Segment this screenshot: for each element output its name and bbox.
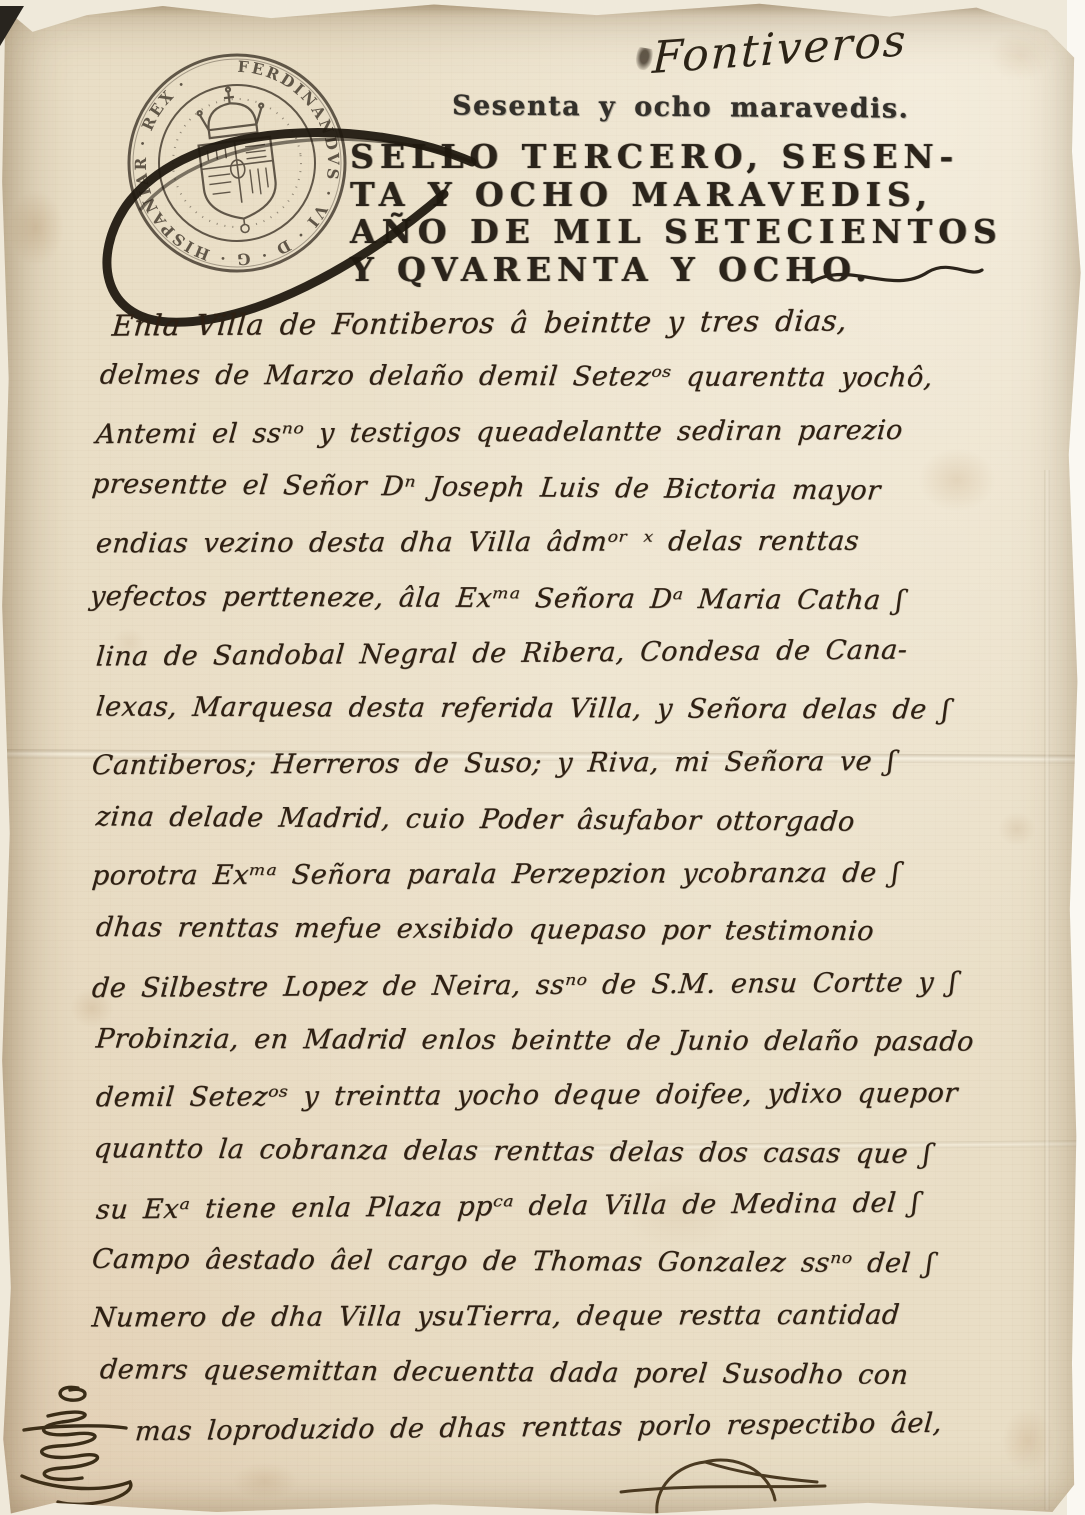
stain xyxy=(998,812,1036,846)
manuscript-line: su Exᵃ tiene enla Plaza ppᶜᵃ dela Villa … xyxy=(95,1187,921,1225)
manuscript-line: delmes de Marzo delaño demil Setezᵒˢ qua… xyxy=(99,360,935,394)
header-line: SELLO TERCERO, SESEN- xyxy=(350,138,1003,176)
ink-smudge xyxy=(634,47,654,71)
header-line: AÑO DE MIL SETECIENTOS xyxy=(350,213,1003,251)
stain xyxy=(1002,1408,1054,1474)
stain xyxy=(0,1190,320,1515)
manuscript-line: presentte el Señor Dⁿ Joseph Luis de Bic… xyxy=(91,468,883,506)
stain xyxy=(8,190,64,266)
edge-crease xyxy=(1044,470,1050,1510)
stain xyxy=(918,448,996,512)
place-annotation: Fontiveros xyxy=(651,15,908,84)
royal-seal-ferdinand-vi: FERDINANDVS · VI · D · G · HISPANIAR · R… xyxy=(87,13,388,314)
header-line: TA Y OCHO MARAVEDIS, xyxy=(350,176,1003,214)
seal-crown xyxy=(195,84,266,140)
seal-legend-text: FERDINANDVS · VI · D · G · HISPANIAR · R… xyxy=(119,46,356,282)
manuscript-line: Numero de dha Villa ysuTierra, deque res… xyxy=(91,1300,901,1334)
stamp-value-line: Sesenta y ocho maravedis. xyxy=(452,90,910,124)
margin-rubric xyxy=(18,1378,140,1515)
manuscript-line: demrs quesemittan decuentta dada porel S… xyxy=(99,1354,910,1391)
manuscript-line: de Silbestre Lopez de Neira, ssⁿᵒ de S.M… xyxy=(91,967,958,1004)
manuscript-line: Antemi el ssⁿᵒ y testigos queadelantte s… xyxy=(95,414,904,449)
manuscript-line: Enla Villa de Fontiberos â beintte y tre… xyxy=(111,303,849,342)
seal-shield xyxy=(199,137,282,237)
manuscript-line: zina delade Madrid, cuio Poder âsufabor … xyxy=(95,801,857,837)
manuscript-line: mas loproduzido de dhas renttas porlo re… xyxy=(134,1408,943,1447)
manuscript-line: Cantiberos; Herreros de Suso; y Riva, mi… xyxy=(91,746,897,781)
manuscript-line: yefectos pertteneze, âla Exᵐᵃ Señora Dᵃ … xyxy=(89,580,905,615)
manuscript-line: lina de Sandobal Negral de Ribera, Conde… xyxy=(95,634,909,672)
manuscript-line: dhas renttas mefue exsibido quepaso por … xyxy=(95,912,876,947)
manuscript-line: quantto la cobranza delas renttas delas … xyxy=(93,1133,933,1170)
printed-header: SELLO TERCERO, SESEN- TA Y OCHO MARAVEDI… xyxy=(350,138,1003,288)
stain xyxy=(232,1462,298,1500)
paper-sheet: FERDINANDVS · VI · D · G · HISPANIAR · R… xyxy=(0,0,1085,1515)
bottom-flourish xyxy=(585,1448,835,1515)
manuscript-line: Campo âestado âel cargo de Thomas Gonzal… xyxy=(91,1244,935,1279)
stain xyxy=(988,30,1054,80)
manuscript-line: lexas, Marquesa desta referida Villa, y … xyxy=(95,692,951,726)
header-line: Y QVARENTA Y OCHO. xyxy=(350,251,1003,289)
manuscript-line: porotra Exᵐᵃ Señora parala Perzepzion yc… xyxy=(91,858,901,892)
manuscript-line: endias vezino desta dha Villa âdmᵒʳ ˣ de… xyxy=(95,526,861,560)
scanned-document: FERDINANDVS · VI · D · G · HISPANIAR · R… xyxy=(0,0,1085,1515)
torn-top-edge xyxy=(0,0,1085,16)
seal-outer-ring xyxy=(117,43,358,284)
manuscript-line: demil Setezᵒˢ y treintta yocho deque doi… xyxy=(95,1078,959,1114)
manuscript-line: Probinzia, en Madrid enlos beintte de Ju… xyxy=(95,1023,976,1057)
